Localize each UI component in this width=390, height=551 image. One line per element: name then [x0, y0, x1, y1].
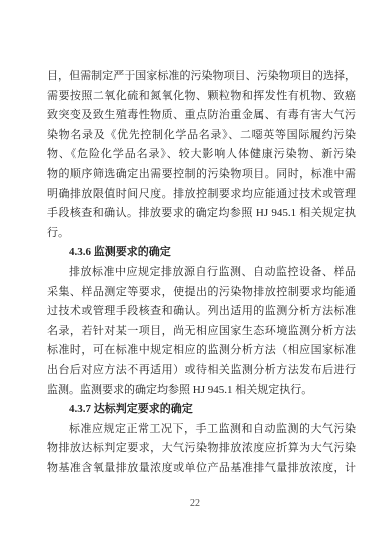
doc-line: 标准应规定正常工况下，手工监测和自动监测的大气污染 [47, 420, 356, 440]
doc-line: 物基准含氧量排放量浓度或单位产品基准排气量排放浓度，计 [47, 459, 356, 479]
doc-line: 明确排放限值时间尺度。排放控制要求均应能通过技术或管理 [47, 185, 356, 205]
doc-line: 物排放达标判定要求，大气污染物排放浓度应折算为大气污染 [47, 439, 356, 459]
doc-line: 标准时，可在标准中规定相应的监测分析方法（相应国家标准 [47, 341, 356, 361]
doc-line: 手段核查和确认。排放要求的确定均参照 HJ 945.1 相关规定执 [47, 204, 356, 224]
text-block: 目，但需制定严于国家标准的污染物项目、污染物项目的选择， 需要按照二氧化硫和氮氧… [47, 67, 356, 478]
doc-line: 染物名录及《优先控制化学品名录》、二噁英等国际履约污染 [47, 126, 356, 146]
document-page: 目，但需制定严于国家标准的污染物项目、污染物项目的选择， 需要按照二氧化硫和氮氧… [0, 0, 390, 551]
page-number: 22 [0, 498, 390, 509]
doc-line: 排放标准中应规定排放源自行监测、自动监控设备、样品 [47, 263, 356, 283]
doc-line: 需要按照二氧化硫和氮氧化物、颗粒物和挥发性有机物、致癌 [47, 87, 356, 107]
doc-line: 出台后对应方法不再适用）或待相关监测分析方法发布后进行 [47, 361, 356, 381]
doc-line: 采集、样品测定等要求，使提出的污染物排放控制要求均能通 [47, 283, 356, 303]
doc-line: 名录，若针对某一项目，尚无相应国家生态环境监测分析方法 [47, 322, 356, 342]
doc-line: 行。 [47, 224, 356, 244]
doc-line: 目，但需制定严于国家标准的污染物项目、污染物项目的选择， [47, 67, 356, 87]
doc-line: 过技术或管理手段核查和确认。列出适用的监测分析方法标准 [47, 302, 356, 322]
doc-line: 致突变及致生殖毒性物质、重点防治重金属、有毒有害大气污 [47, 106, 356, 126]
doc-line: 物的顺序筛选确定出需要控制的污染物项目。同时，标准中需 [47, 165, 356, 185]
doc-line: 监测。监测要求的确定均参照 HJ 945.1 相关规定执行。 [47, 381, 356, 401]
section-heading-4-3-6: 4.3.6 监测要求的确定 [47, 243, 356, 263]
section-heading-4-3-7: 4.3.7 达标判定要求的确定 [47, 400, 356, 420]
doc-line: 物、《危险化学品名录》、较大影响人体健康污染物、新污染 [47, 145, 356, 165]
